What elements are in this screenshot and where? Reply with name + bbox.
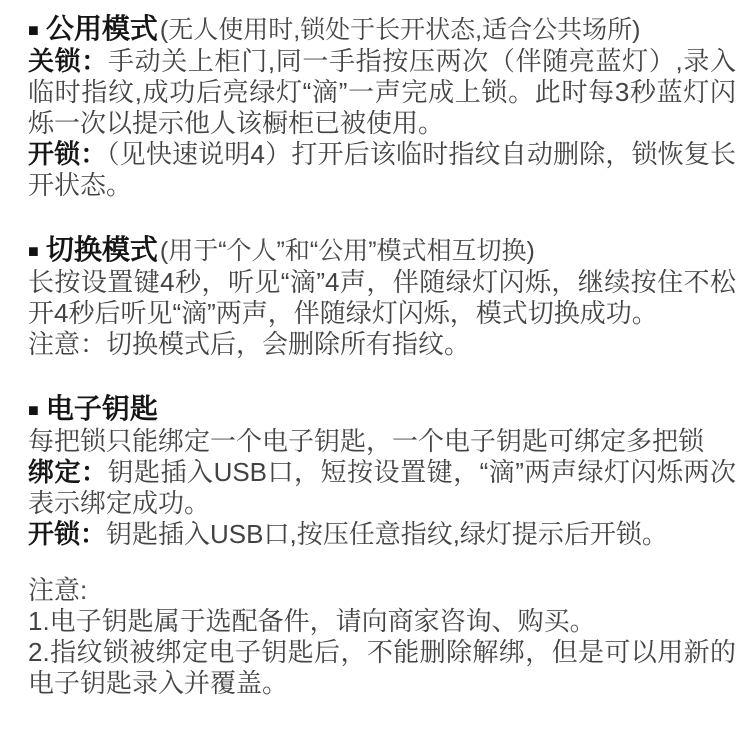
paragraph-text: 钥匙插入USB口,按压任意指纹,绿灯提示后开锁。	[106, 519, 668, 549]
section-header-public-mode: ■公用模式(无人使用时,锁处于长开状态,适合公共场所)	[28, 13, 736, 46]
paragraph-lead: 关锁：	[28, 46, 108, 76]
paragraph: 长按设置键4秒，听见“滴”4声，伴随绿灯闪烁，继续按住不松开4秒后听见“滴”两声…	[28, 267, 736, 329]
paragraph-text: 注意:	[28, 575, 87, 605]
note-item-1: 1.电子钥匙属于选配备件，请向商家咨询、购买。	[28, 606, 736, 637]
paragraph-lead: 绑定：	[28, 457, 108, 487]
square-bullet-icon: ■	[28, 395, 39, 426]
paragraph-lead: 开锁：	[28, 519, 106, 549]
paragraph-text: 手动关上柜门,同一手指按压两次（伴随亮蓝灯）,录入临时指纹,成功后亮绿灯“滴”一…	[28, 46, 736, 138]
notes-label: 注意:	[28, 575, 736, 606]
section-notes: 注意: 1.电子钥匙属于选配备件，请向商家咨询、购买。 2.指纹锁被绑定电子钥匙…	[28, 575, 736, 699]
paragraph-text: 注意：切换模式后，会删除所有指纹。	[28, 329, 470, 359]
section-public-mode: ■公用模式(无人使用时,锁处于长开状态,适合公共场所) 关锁：手动关上柜门,同一…	[28, 13, 736, 201]
section-electronic-key: ■电子钥匙 每把锁只能绑定一个电子钥匙，一个电子钥匙可绑定多把锁 绑定：钥匙插入…	[28, 393, 736, 550]
paragraph: 关锁：手动关上柜门,同一手指按压两次（伴随亮蓝灯）,录入临时指纹,成功后亮绿灯“…	[28, 46, 736, 139]
paragraph: 开锁：（见快速说明4）打开后该临时指纹自动删除，锁恢复长开状态。	[28, 139, 736, 201]
section-subtitle: (无人使用时,锁处于长开状态,适合公共场所)	[160, 16, 641, 44]
paragraph-text: 长按设置键4秒，听见“滴”4声，伴随绿灯闪烁，继续按住不松开4秒后听见“滴”两声…	[28, 267, 736, 328]
instruction-document: ■公用模式(无人使用时,锁处于长开状态,适合公共场所) 关锁：手动关上柜门,同一…	[0, 0, 750, 750]
paragraph: 每把锁只能绑定一个电子钥匙，一个电子钥匙可绑定多把锁	[28, 426, 736, 457]
square-bullet-icon: ■	[28, 15, 39, 46]
square-bullet-icon: ■	[28, 236, 39, 267]
paragraph-text: 2.指纹锁被绑定电子钥匙后，不能删除解绑，但是可以用新的电子钥匙录入并覆盖。	[28, 637, 736, 698]
section-switch-mode: ■切换模式(用于“个人”和“公用”模式相互切换) 长按设置键4秒，听见“滴”4声…	[28, 234, 736, 360]
section-header-electronic-key: ■电子钥匙	[28, 393, 736, 426]
section-subtitle: (用于“个人”和“公用”模式相互切换)	[160, 237, 535, 265]
paragraph: 开锁：钥匙插入USB口,按压任意指纹,绿灯提示后开锁。	[28, 519, 736, 550]
paragraph-lead: 开锁：	[28, 139, 107, 169]
note-item-2: 2.指纹锁被绑定电子钥匙后，不能删除解绑，但是可以用新的电子钥匙录入并覆盖。	[28, 637, 736, 699]
paragraph-text: （见快速说明4）打开后该临时指纹自动删除，锁恢复长开状态。	[28, 139, 736, 200]
section-header-switch-mode: ■切换模式(用于“个人”和“公用”模式相互切换)	[28, 234, 736, 267]
paragraph: 注意：切换模式后，会删除所有指纹。	[28, 329, 736, 360]
paragraph: 绑定：钥匙插入USB口，短按设置键，“滴”两声绿灯闪烁两次表示绑定成功。	[28, 457, 736, 519]
paragraph-text: 1.电子钥匙属于选配备件，请向商家咨询、购买。	[28, 606, 596, 636]
section-title: 电子钥匙	[46, 393, 158, 424]
paragraph-text: 每把锁只能绑定一个电子钥匙，一个电子钥匙可绑定多把锁	[28, 426, 704, 456]
section-title: 公用模式	[46, 13, 158, 44]
paragraph-text: 钥匙插入USB口，短按设置键，“滴”两声绿灯闪烁两次表示绑定成功。	[28, 457, 736, 518]
section-title: 切换模式	[46, 234, 158, 265]
